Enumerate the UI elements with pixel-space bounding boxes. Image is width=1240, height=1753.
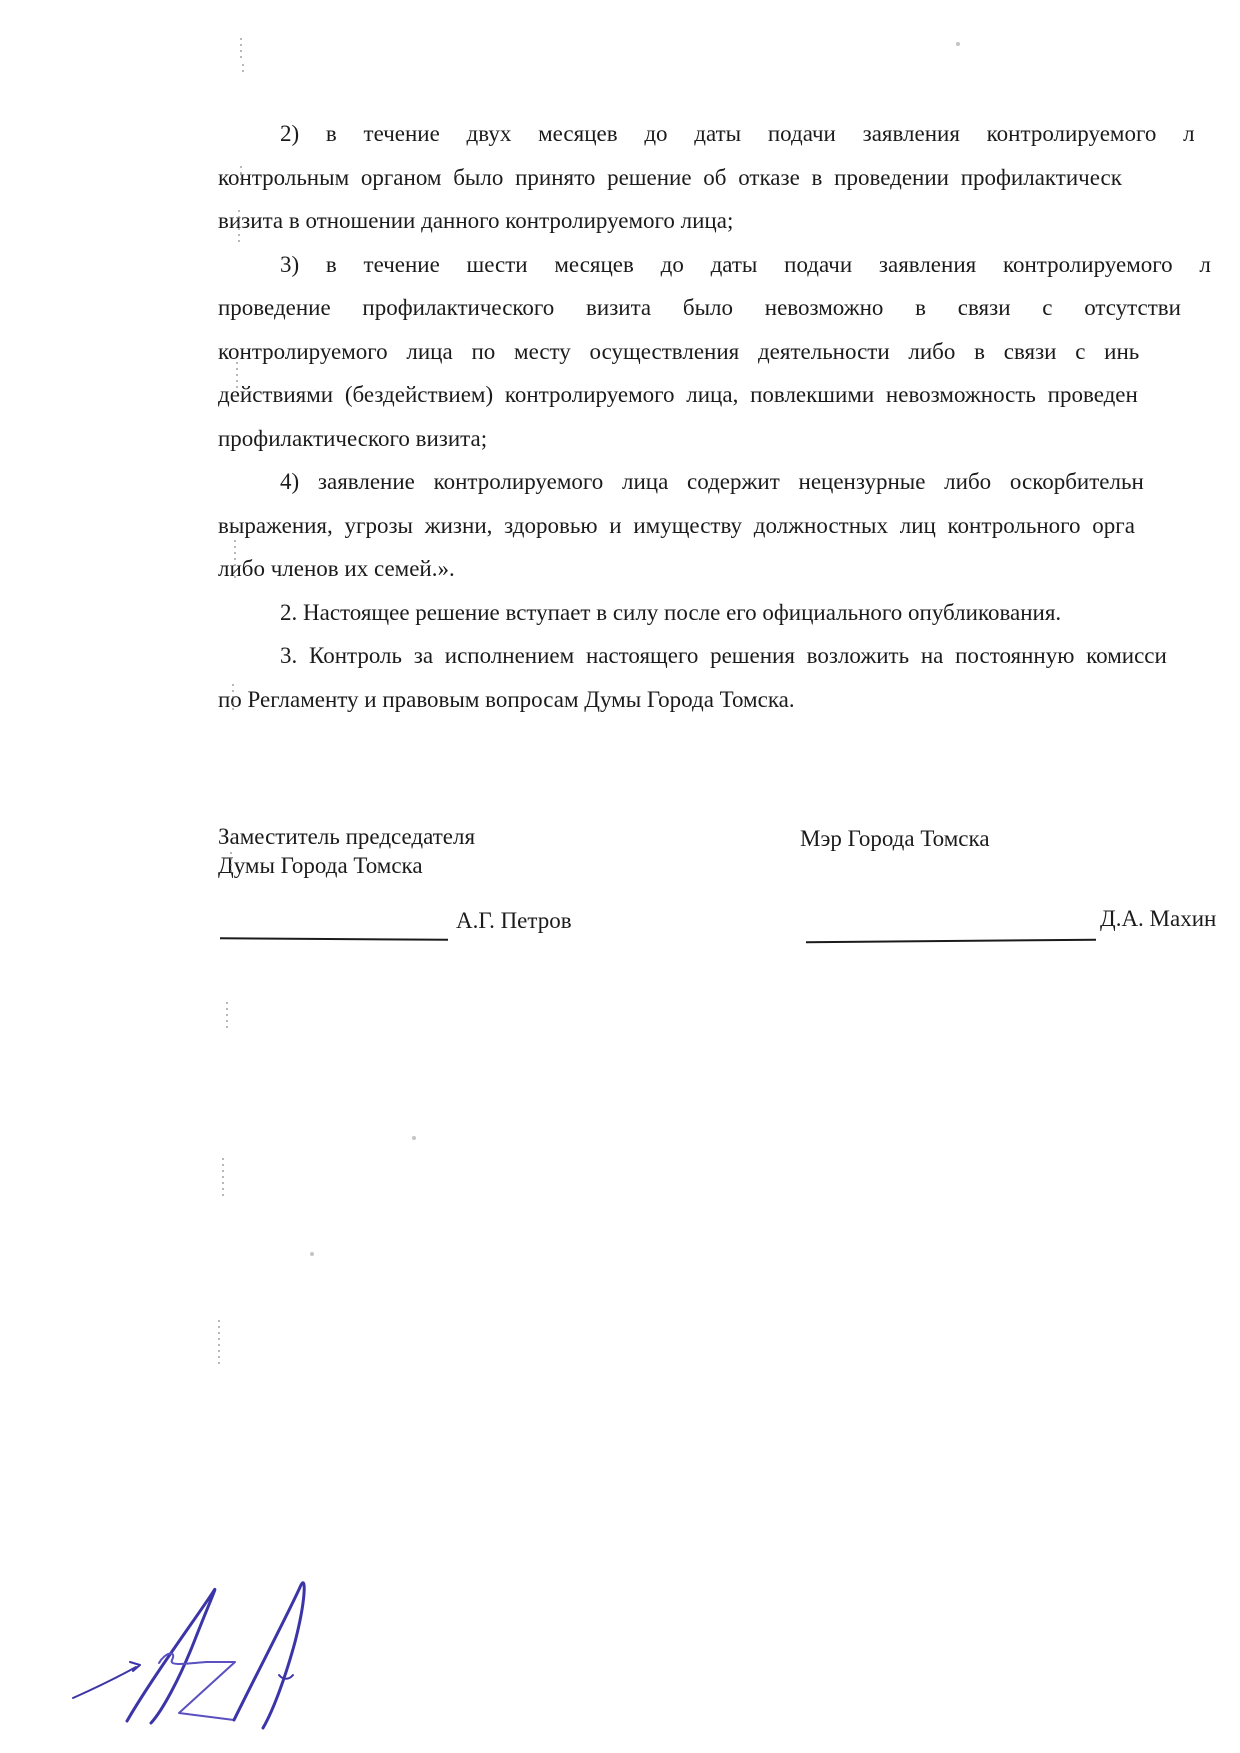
body-line: визита в отношении данного контролируемо… (218, 199, 1240, 243)
left-signer-name: А.Г. Петров (456, 908, 572, 934)
right-signature-line (806, 939, 1096, 944)
scan-artifact (230, 852, 232, 874)
left-signer-title-line1: Заместитель председателя (218, 822, 475, 851)
scan-artifact (240, 38, 242, 60)
body-line: по Регламенту и правовым вопросам Думы Г… (218, 678, 1240, 722)
body-line: 3. Контроль за исполнением настоящего ре… (218, 634, 1240, 678)
scan-artifact (412, 1136, 416, 1140)
scan-artifact (222, 1158, 224, 1196)
scan-artifact (236, 362, 238, 390)
scan-artifact (234, 540, 236, 578)
scan-artifact (956, 42, 960, 46)
right-signer-title: Мэр Города Томска (800, 824, 990, 853)
document-page: 2) в течение двух месяцев до даты подачи… (0, 0, 1240, 1753)
left-signer-title-line2: Думы Города Томска (218, 851, 475, 880)
right-signer-name: Д.А. Махин (1100, 906, 1216, 932)
scan-artifact (310, 1252, 314, 1256)
left-signature-line (220, 937, 448, 941)
body-line: контрольным органом было принято решение… (218, 156, 1240, 200)
handwritten-signature-icon (58, 1570, 316, 1742)
scan-artifact (238, 210, 240, 246)
scan-artifact (218, 1320, 220, 1366)
body-line: контролируемого лица по месту осуществле… (218, 330, 1240, 374)
body-line: выражения, угрозы жизни, здоровью и имущ… (218, 504, 1240, 548)
body-line: проведение профилактического визита было… (218, 286, 1240, 330)
scan-artifact (232, 684, 234, 712)
body-line: действиями (бездействием) контролируемог… (218, 373, 1240, 417)
scan-artifact (240, 166, 242, 180)
body-line: профилактического визита; (218, 417, 1240, 461)
scan-artifact (226, 1002, 228, 1032)
scan-artifact (242, 64, 244, 76)
document-body: 2) в течение двух месяцев до даты подачи… (218, 112, 1240, 721)
body-line: 2) в течение двух месяцев до даты подачи… (218, 112, 1240, 156)
body-line: 3) в течение шести месяцев до даты подач… (218, 243, 1240, 287)
body-line: либо членов их семей.». (218, 547, 1240, 591)
body-line: 2. Настоящее решение вступает в силу пос… (218, 591, 1240, 635)
left-signer-title: Заместитель председателя Думы Города Том… (218, 822, 475, 880)
body-line: 4) заявление контролируемого лица содерж… (218, 460, 1240, 504)
